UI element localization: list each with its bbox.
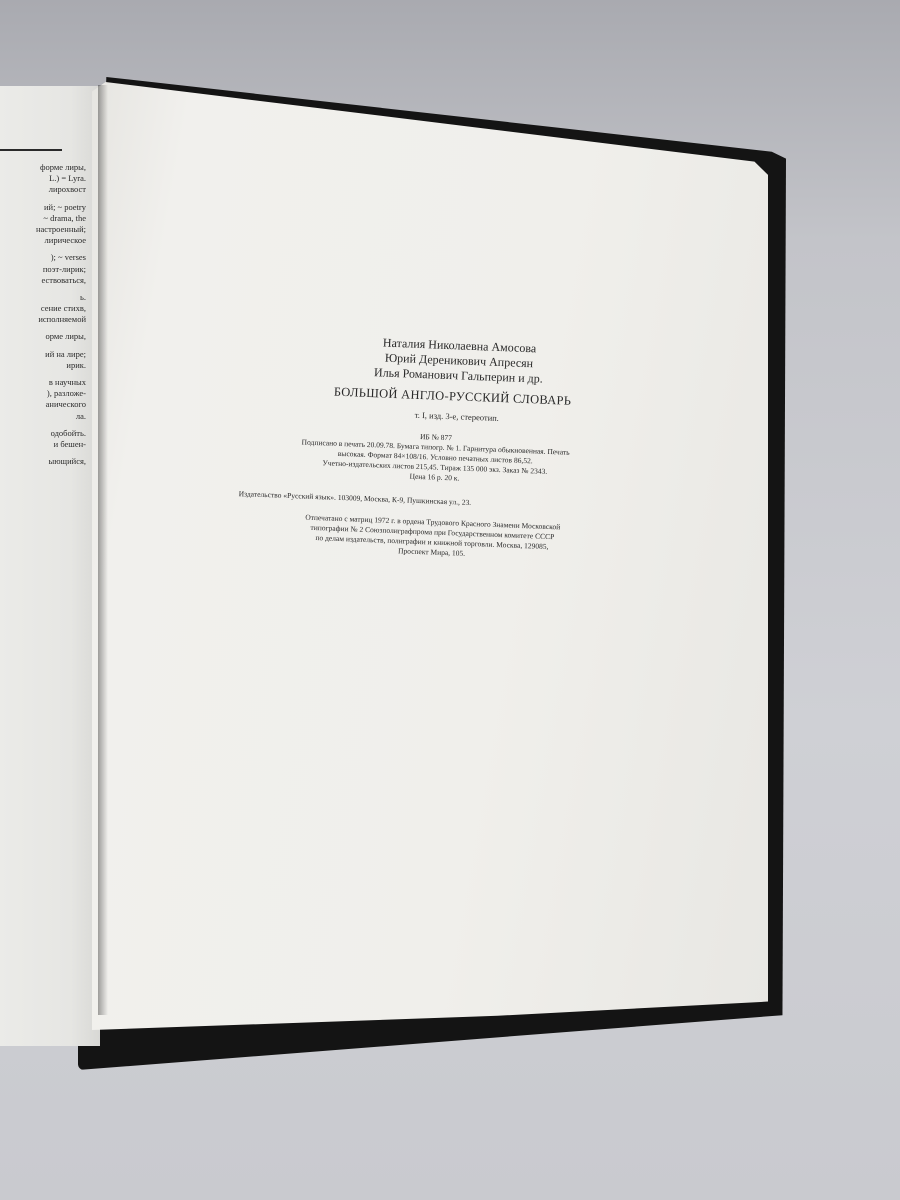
page-gutter	[98, 85, 108, 1015]
left-page-line: лирохвост	[0, 184, 86, 195]
left-page: форме лиры,L.) = Lyra.лирохвостий; ~ poe…	[0, 86, 100, 1046]
colophon: Наталия Николаевна Амосова Юрий Деренико…	[232, 330, 640, 565]
left-page-line: поэт-лирик;	[0, 264, 86, 275]
left-page-line: в научных	[0, 377, 86, 388]
left-page-line: ~ drama, the	[0, 213, 86, 224]
left-page-line: лирическое	[0, 235, 86, 246]
left-page-rule	[0, 149, 62, 151]
left-page-line: орме лиры,	[0, 331, 86, 342]
left-page-line: ий на лире;	[0, 349, 86, 360]
left-page-text: форме лиры,L.) = Lyra.лирохвостий; ~ poe…	[0, 162, 86, 467]
left-page-line: одобойть.	[0, 428, 86, 439]
left-page-line: L.) = Lyra.	[0, 173, 86, 184]
left-page-line: ий; ~ poetry	[0, 202, 86, 213]
left-page-line: исполняемой	[0, 314, 86, 325]
left-page-line: ); ~ verses	[0, 252, 86, 263]
left-page-line: ь.	[0, 292, 86, 303]
left-page-line: ествоваться,	[0, 275, 86, 286]
publisher: Издательство «Русский язык». 103009, Мос…	[239, 489, 634, 513]
left-page-line: и бешен-	[0, 439, 86, 450]
left-page-line: анического	[0, 399, 86, 410]
left-page-line: ла.	[0, 411, 86, 422]
left-page-line: ирик.	[0, 360, 86, 371]
left-page-line: ыющийся,	[0, 456, 86, 467]
technical-info: ИБ № 877 Подписано в печать 20.09.78. Бу…	[234, 425, 636, 490]
photo-scene: форме лиры,L.) = Lyra.лирохвостий; ~ poe…	[0, 0, 900, 1200]
left-page-line: ), разложе-	[0, 388, 86, 399]
left-page-line: настроенный;	[0, 224, 86, 235]
left-page-line: форме лиры,	[0, 162, 86, 173]
left-page-line: сение стихв,	[0, 303, 86, 314]
